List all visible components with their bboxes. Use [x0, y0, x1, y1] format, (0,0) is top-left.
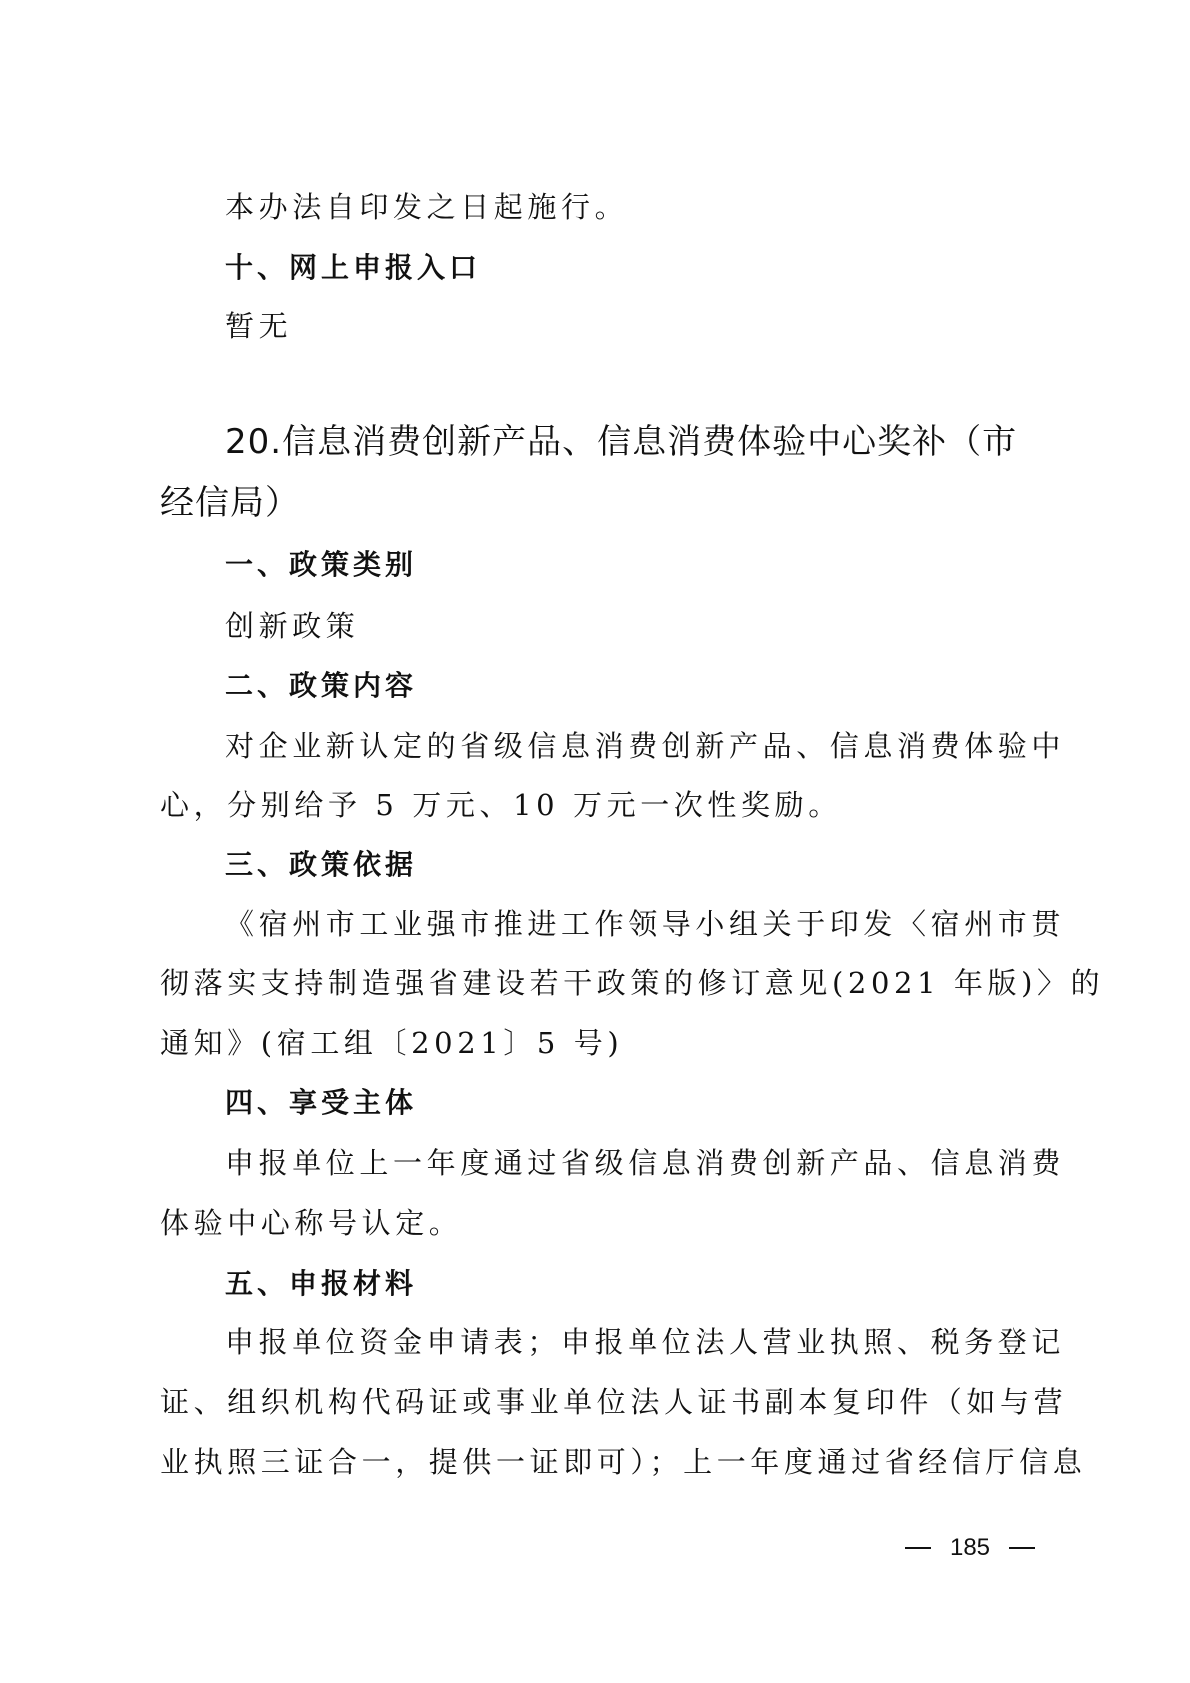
- policy-category-text: 创新政策: [225, 606, 1028, 646]
- left-dash-decoration: [905, 1547, 931, 1549]
- heading-policy-content: 二、政策内容: [225, 666, 1028, 706]
- right-dash-decoration: [1009, 1547, 1035, 1549]
- heading-online-entry: 十、网上申报入口: [225, 248, 1028, 288]
- heading-policy-category: 一、政策类别: [225, 545, 1028, 585]
- materials-line-1: 申报单位资金申请表；申报单位法人营业执照、税务登记: [225, 1322, 1028, 1362]
- heading-policy-basis: 三、政策依据: [225, 845, 1028, 885]
- document-page: 本办法自印发之日起施行。 十、网上申报入口 暂无 20.信息消费创新产品、信息消…: [0, 0, 1190, 1683]
- heading-beneficiary: 四、享受主体: [225, 1083, 1028, 1123]
- page-number: 185: [950, 1534, 990, 1562]
- materials-line-3: 业执照三证合一，提供一证即可）；上一年度通过省经信厅信息: [160, 1442, 1028, 1482]
- policy-basis-line-3: 通知》(宿工组〔2021〕5 号): [160, 1023, 1028, 1063]
- section-title-line-1: 20.信息消费创新产品、信息消费体验中心奖补（市: [225, 418, 1028, 466]
- online-entry-value: 暂无: [225, 306, 1028, 346]
- policy-content-line-2: 心，分别给予 5 万元、10 万元一次性奖励。: [160, 785, 1028, 825]
- policy-basis-line-1: 《宿州市工业强市推进工作领导小组关于印发〈宿州市贯: [225, 904, 1028, 944]
- effective-date-text: 本办法自印发之日起施行。: [225, 187, 1028, 227]
- beneficiary-line-1: 申报单位上一年度通过省级信息消费创新产品、信息消费: [225, 1143, 1028, 1183]
- policy-basis-line-2: 彻落实支持制造强省建设若干政策的修订意见(2021 年版)〉的: [160, 963, 1028, 1003]
- heading-application-materials: 五、申报材料: [225, 1264, 1028, 1304]
- beneficiary-line-2: 体验中心称号认定。: [160, 1203, 1028, 1243]
- materials-line-2: 证、组织机构代码证或事业单位法人证书副本复印件（如与营: [160, 1382, 1028, 1422]
- policy-content-line-1: 对企业新认定的省级信息消费创新产品、信息消费体验中: [225, 726, 1028, 766]
- section-title-line-2: 经信局）: [160, 479, 1028, 527]
- page-footer: 185: [905, 1530, 1035, 1566]
